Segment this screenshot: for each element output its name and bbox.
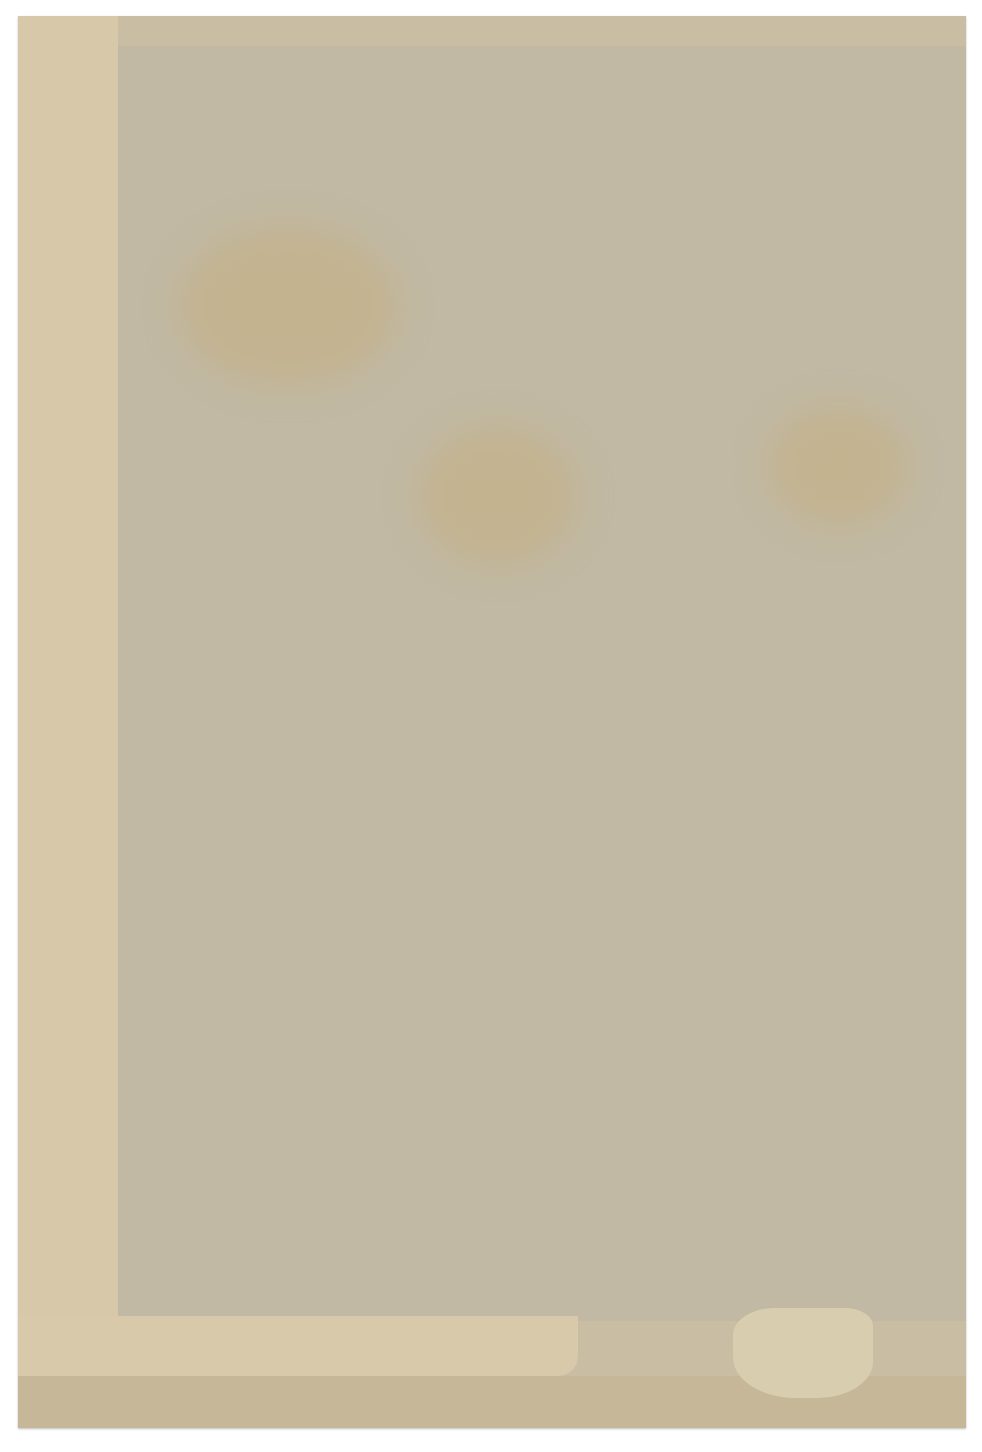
peeled-bottom-edge	[18, 1316, 578, 1376]
peeled-left-edge	[18, 16, 118, 1428]
stain	[178, 226, 398, 386]
stain	[768, 406, 908, 526]
peeled-patch-bottom-right	[733, 1308, 873, 1398]
stained-paper-area	[118, 46, 966, 1321]
stain	[418, 426, 578, 566]
aged-paper-sheet	[18, 16, 966, 1428]
